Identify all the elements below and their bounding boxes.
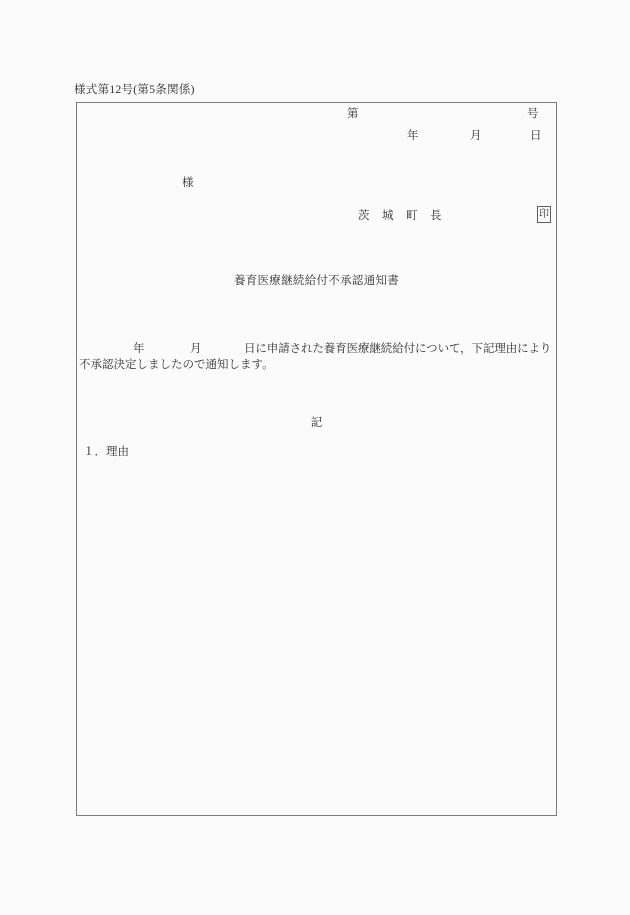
doc-number-suffix-label: 号 bbox=[527, 107, 539, 121]
issuer-name-label: 茨 城 町 長 bbox=[358, 209, 442, 223]
notice-title: 養育医療継続給付不承認通知書 bbox=[77, 274, 556, 288]
seal-mark: 印 bbox=[538, 207, 550, 222]
doc-number-prefix-label: 第 bbox=[347, 107, 359, 121]
application-date-year-label: 年 bbox=[133, 342, 145, 356]
body-paragraph-line1: 年 月 日に申請された養育医療継続給付について，下記理由により bbox=[77, 342, 556, 358]
addressee-honorific-label: 様 bbox=[182, 176, 194, 190]
reason-item-label: １．理由 bbox=[83, 445, 129, 459]
form-number-label: 様式第12号(第5条関係) bbox=[74, 83, 195, 97]
issue-date-day-label: 日 bbox=[530, 129, 542, 143]
notice-frame: 第 号 年 月 日 様 茨 城 町 長 印 養育医療継続給付不承認通知書 年 月… bbox=[76, 102, 557, 816]
body-text-line2: 不承認決定しましたので通知します。 bbox=[79, 358, 558, 374]
record-heading: 記 bbox=[77, 416, 556, 430]
issue-date-month-label: 月 bbox=[470, 129, 482, 143]
body-text-line1: 日に申請された養育医療継続給付について，下記理由により bbox=[244, 342, 551, 356]
seal-box: 印 bbox=[537, 206, 551, 223]
application-date-month-label: 月 bbox=[190, 342, 202, 356]
issue-date-year-label: 年 bbox=[407, 129, 419, 143]
